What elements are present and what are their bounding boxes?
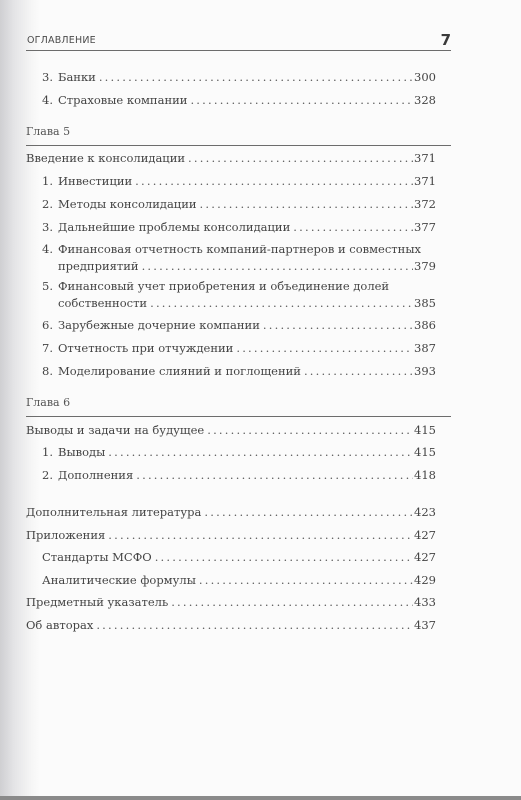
toc-entry[interactable]: Дополнительная литература ..............… xyxy=(26,503,436,521)
toc-entry-line2[interactable]: собственности ..........................… xyxy=(58,294,436,312)
chapter-rule xyxy=(26,416,451,417)
toc-entry-title: Отчетность при отчуждении xyxy=(58,339,233,357)
running-head: ОГЛАВЛЕНИЕ 7 xyxy=(27,33,451,49)
toc-entry-page: 418 xyxy=(414,466,436,484)
chapter-rule xyxy=(26,145,451,146)
dot-leader: ........................................… xyxy=(135,172,413,190)
dot-leader: ........................................… xyxy=(188,149,413,167)
toc-entry-page: 423 xyxy=(414,503,436,521)
toc-entry-title: Выводы и задачи на будущее xyxy=(26,421,204,439)
toc-entry-title: Приложения xyxy=(26,526,105,544)
toc-entry[interactable]: 6. Зарубежные дочерние компании ........… xyxy=(42,316,436,334)
toc-entry-page: 385 xyxy=(414,294,436,312)
page-bottom-edge xyxy=(0,796,521,800)
toc-entry-title-cont: предприятий xyxy=(58,257,139,275)
toc-entry-page: 300 xyxy=(414,68,436,86)
toc-entry[interactable]: Введение к консолидации ................… xyxy=(26,149,436,167)
dot-leader: ........................................… xyxy=(108,526,413,544)
toc-entry-page: 377 xyxy=(414,218,436,236)
toc-entry[interactable]: 7. Отчетность при отчуждении ...........… xyxy=(42,339,436,357)
dot-leader: ........................................… xyxy=(99,68,413,86)
toc-entry[interactable]: Аналитические формулы ..................… xyxy=(42,571,436,589)
toc-entry-page: 415 xyxy=(414,443,436,461)
toc-entry[interactable]: 4. Страховые компании ..................… xyxy=(42,91,436,109)
toc-entry-page: 393 xyxy=(414,362,436,380)
dot-leader: ........................................… xyxy=(142,257,413,275)
toc-entry-title: Дополнения xyxy=(58,466,133,484)
toc-entry-page: 427 xyxy=(414,548,436,566)
dot-leader: ........................................… xyxy=(190,91,413,109)
toc-entry-title: Выводы xyxy=(58,443,105,461)
toc-entry-title: Введение к консолидации xyxy=(26,149,185,167)
dot-leader: ........................................… xyxy=(150,294,413,312)
toc-entry-title: Аналитические формулы xyxy=(42,571,196,589)
toc-entry-title: Стандарты МСФО xyxy=(42,548,152,566)
toc-entry-line1[interactable]: 5. Финансовый учет приобретения и объеди… xyxy=(42,277,436,295)
toc-entry-title: Инвестиции xyxy=(58,172,132,190)
toc-entry[interactable]: Об авторах .............................… xyxy=(26,616,436,634)
running-head-title: ОГЛАВЛЕНИЕ xyxy=(27,35,96,46)
dot-leader: ........................................… xyxy=(108,443,413,461)
toc-entry-title: Зарубежные дочерние компании xyxy=(58,316,260,334)
toc-entry[interactable]: Выводы и задачи на будущее .............… xyxy=(26,421,436,439)
toc-entry-line1[interactable]: 4. Финансовая отчетность компаний-партне… xyxy=(42,240,436,258)
toc-entry-page: 371 xyxy=(414,172,436,190)
toc-entry-page: 415 xyxy=(414,421,436,439)
toc-entry-title: Об авторах xyxy=(26,616,93,634)
toc-entry-title: Финансовая отчетность компаний-партнеров… xyxy=(58,240,421,258)
toc-entry[interactable]: Стандарты МСФО .........................… xyxy=(42,548,436,566)
toc-entry[interactable]: Предметный указатель ...................… xyxy=(26,593,436,611)
chapter-label: Глава 5 xyxy=(26,125,70,138)
toc-entry-title: Банки xyxy=(58,68,96,86)
page-number: 7 xyxy=(441,31,451,49)
toc-entry-page: 386 xyxy=(414,316,436,334)
header-rule xyxy=(26,50,451,51)
dot-leader: ........................................… xyxy=(199,571,413,589)
toc-entry-title: Дополнительная литература xyxy=(26,503,201,521)
toc-entry-page: 387 xyxy=(414,339,436,357)
dot-leader: ........................................… xyxy=(236,339,413,357)
chapter-label: Глава 6 xyxy=(26,396,70,409)
toc-entry[interactable]: 3. Дальнейшие проблемы консолидации ....… xyxy=(42,218,436,236)
dot-leader: ........................................… xyxy=(293,218,413,236)
toc-entry-title-cont: собственности xyxy=(58,294,147,312)
dot-leader: ........................................… xyxy=(207,421,413,439)
toc-entry-line2[interactable]: предприятий ............................… xyxy=(58,257,436,275)
dot-leader: ........................................… xyxy=(155,548,413,566)
dot-leader: ........................................… xyxy=(171,593,413,611)
toc-entry[interactable]: 8. Моделирование слияний и поглощений ..… xyxy=(42,362,436,380)
toc-entry[interactable]: 2. Методы консолидации .................… xyxy=(42,195,436,213)
dot-leader: ........................................… xyxy=(304,362,413,380)
toc-entry[interactable]: 3. Банки ...............................… xyxy=(42,68,436,86)
toc-entry[interactable]: 1. Инвестиции ..........................… xyxy=(42,172,436,190)
toc-entry-title: Моделирование слияний и поглощений xyxy=(58,362,301,380)
dot-leader: ........................................… xyxy=(204,503,413,521)
toc-entry[interactable]: 1. Выводы ..............................… xyxy=(42,443,436,461)
toc-entry-title: Страховые компании xyxy=(58,91,187,109)
toc-entry-page: 372 xyxy=(414,195,436,213)
toc-entry[interactable]: 2. Дополнения ..........................… xyxy=(42,466,436,484)
toc-entry-page: 437 xyxy=(414,616,436,634)
toc-entry-title: Финансовый учет приобретения и объединен… xyxy=(58,277,389,295)
dot-leader: ........................................… xyxy=(200,195,414,213)
dot-leader: ........................................… xyxy=(96,616,413,634)
dot-leader: ........................................… xyxy=(136,466,413,484)
toc-entry-page: 371 xyxy=(414,149,436,167)
dot-leader: ........................................… xyxy=(263,316,413,334)
toc-entry-page: 379 xyxy=(414,257,436,275)
toc-entry-title: Предметный указатель xyxy=(26,593,168,611)
toc-entry-title: Методы консолидации xyxy=(58,195,197,213)
toc-entry[interactable]: Приложения .............................… xyxy=(26,526,436,544)
toc-entry-title: Дальнейшие проблемы консолидации xyxy=(58,218,290,236)
toc-entry-page: 429 xyxy=(414,571,436,589)
toc-entry-page: 328 xyxy=(414,91,436,109)
toc-entry-page: 427 xyxy=(414,526,436,544)
toc-entry-page: 433 xyxy=(414,593,436,611)
